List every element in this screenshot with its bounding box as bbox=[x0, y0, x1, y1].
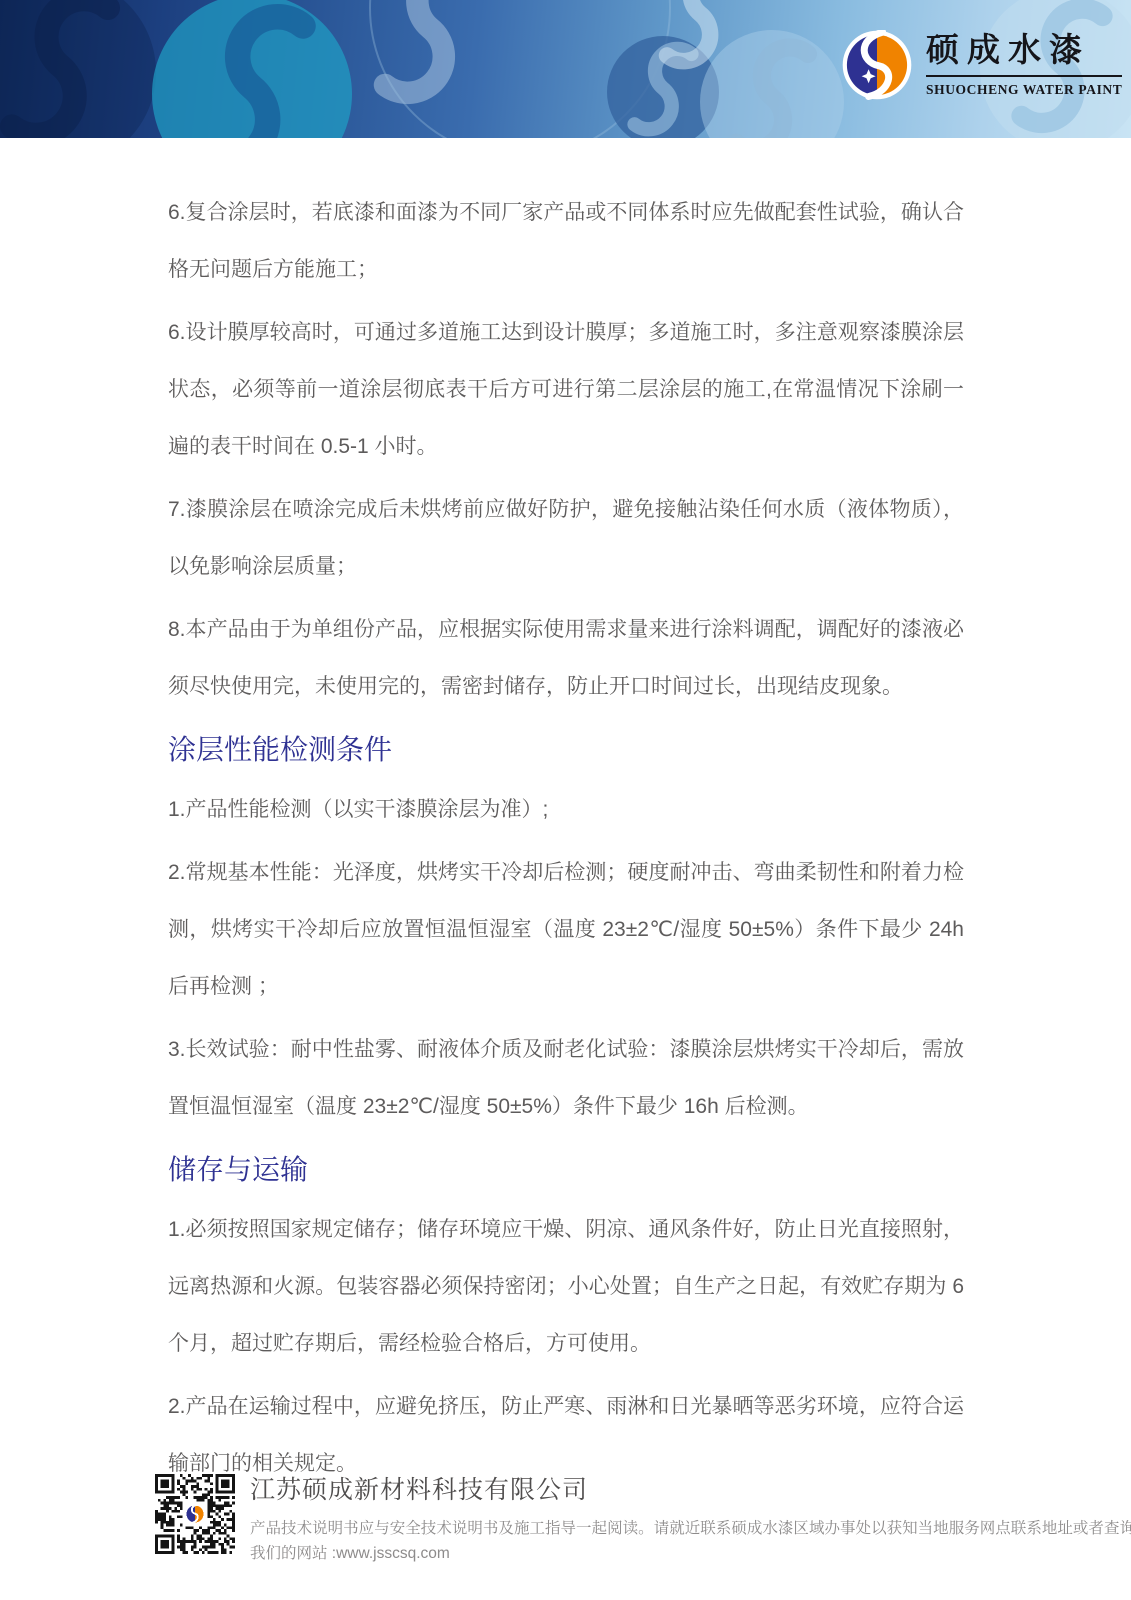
shuocheng-logo-icon bbox=[842, 30, 912, 100]
paragraph: 2.常规基本性能：光泽度，烘烤实干冷却后检测；硬度耐冲击、弯曲柔韧性和附着力检测… bbox=[168, 844, 964, 1015]
paragraph: 7.漆膜涂层在喷涂完成后未烘烤前应做好防护，避免接触沾染任何水质（液体物质），以… bbox=[168, 481, 964, 595]
document-page: 硕成水漆 SHUOCHENG WATER PAINT 6.复合涂层时，若底漆和面… bbox=[0, 0, 1131, 1600]
paragraph: 3.长效试验：耐中性盐雾、耐液体介质及耐老化试验：漆膜涂层烘烤实干冷却后，需放置… bbox=[168, 1021, 964, 1135]
paragraph: 6.设计膜厚较高时，可通过多道施工达到设计膜厚；多道施工时，多注意观察漆膜涂层状… bbox=[168, 304, 964, 475]
brand-name-cn: 硕成水漆 bbox=[926, 32, 1122, 77]
paragraph: 1.产品性能检测（以实干漆膜涂层为准）; bbox=[168, 781, 964, 838]
paragraph: 6.复合涂层时，若底漆和面漆为不同厂家产品或不同体系时应先做配套性试验，确认合格… bbox=[168, 184, 964, 298]
qr-code bbox=[155, 1474, 235, 1554]
footer: 江苏硕成新材料科技有限公司 产品技术说明书应与安全技术说明书及施工指导一起阅读。… bbox=[155, 1474, 1131, 1566]
company-logo: 硕成水漆 SHUOCHENG WATER PAINT bbox=[842, 30, 1122, 100]
section-title-coating-test-conditions: 涂层性能检测条件 bbox=[168, 721, 964, 779]
document-body: 6.复合涂层时，若底漆和面漆为不同厂家产品或不同体系时应先做配套性试验，确认合格… bbox=[168, 184, 964, 1498]
section-title-storage-transport: 储存与运输 bbox=[168, 1141, 964, 1199]
paragraph: 1.必须按照国家规定储存；储存环境应干燥、阴凉、通风条件好，防止日光直接照射，远… bbox=[168, 1201, 964, 1372]
header-banner: 硕成水漆 SHUOCHENG WATER PAINT bbox=[0, 0, 1131, 138]
paragraph: 8.本产品由于为单组份产品，应根据实际使用需求量来进行涂料调配，调配好的漆液必须… bbox=[168, 601, 964, 715]
footer-note: 产品技术说明书应与安全技术说明书及施工指导一起阅读。请就近联系硕成水漆区域办事处… bbox=[250, 1516, 1131, 1566]
company-name: 江苏硕成新材料科技有限公司 bbox=[250, 1475, 1131, 1505]
brand-name-en: SHUOCHENG WATER PAINT bbox=[926, 82, 1122, 98]
